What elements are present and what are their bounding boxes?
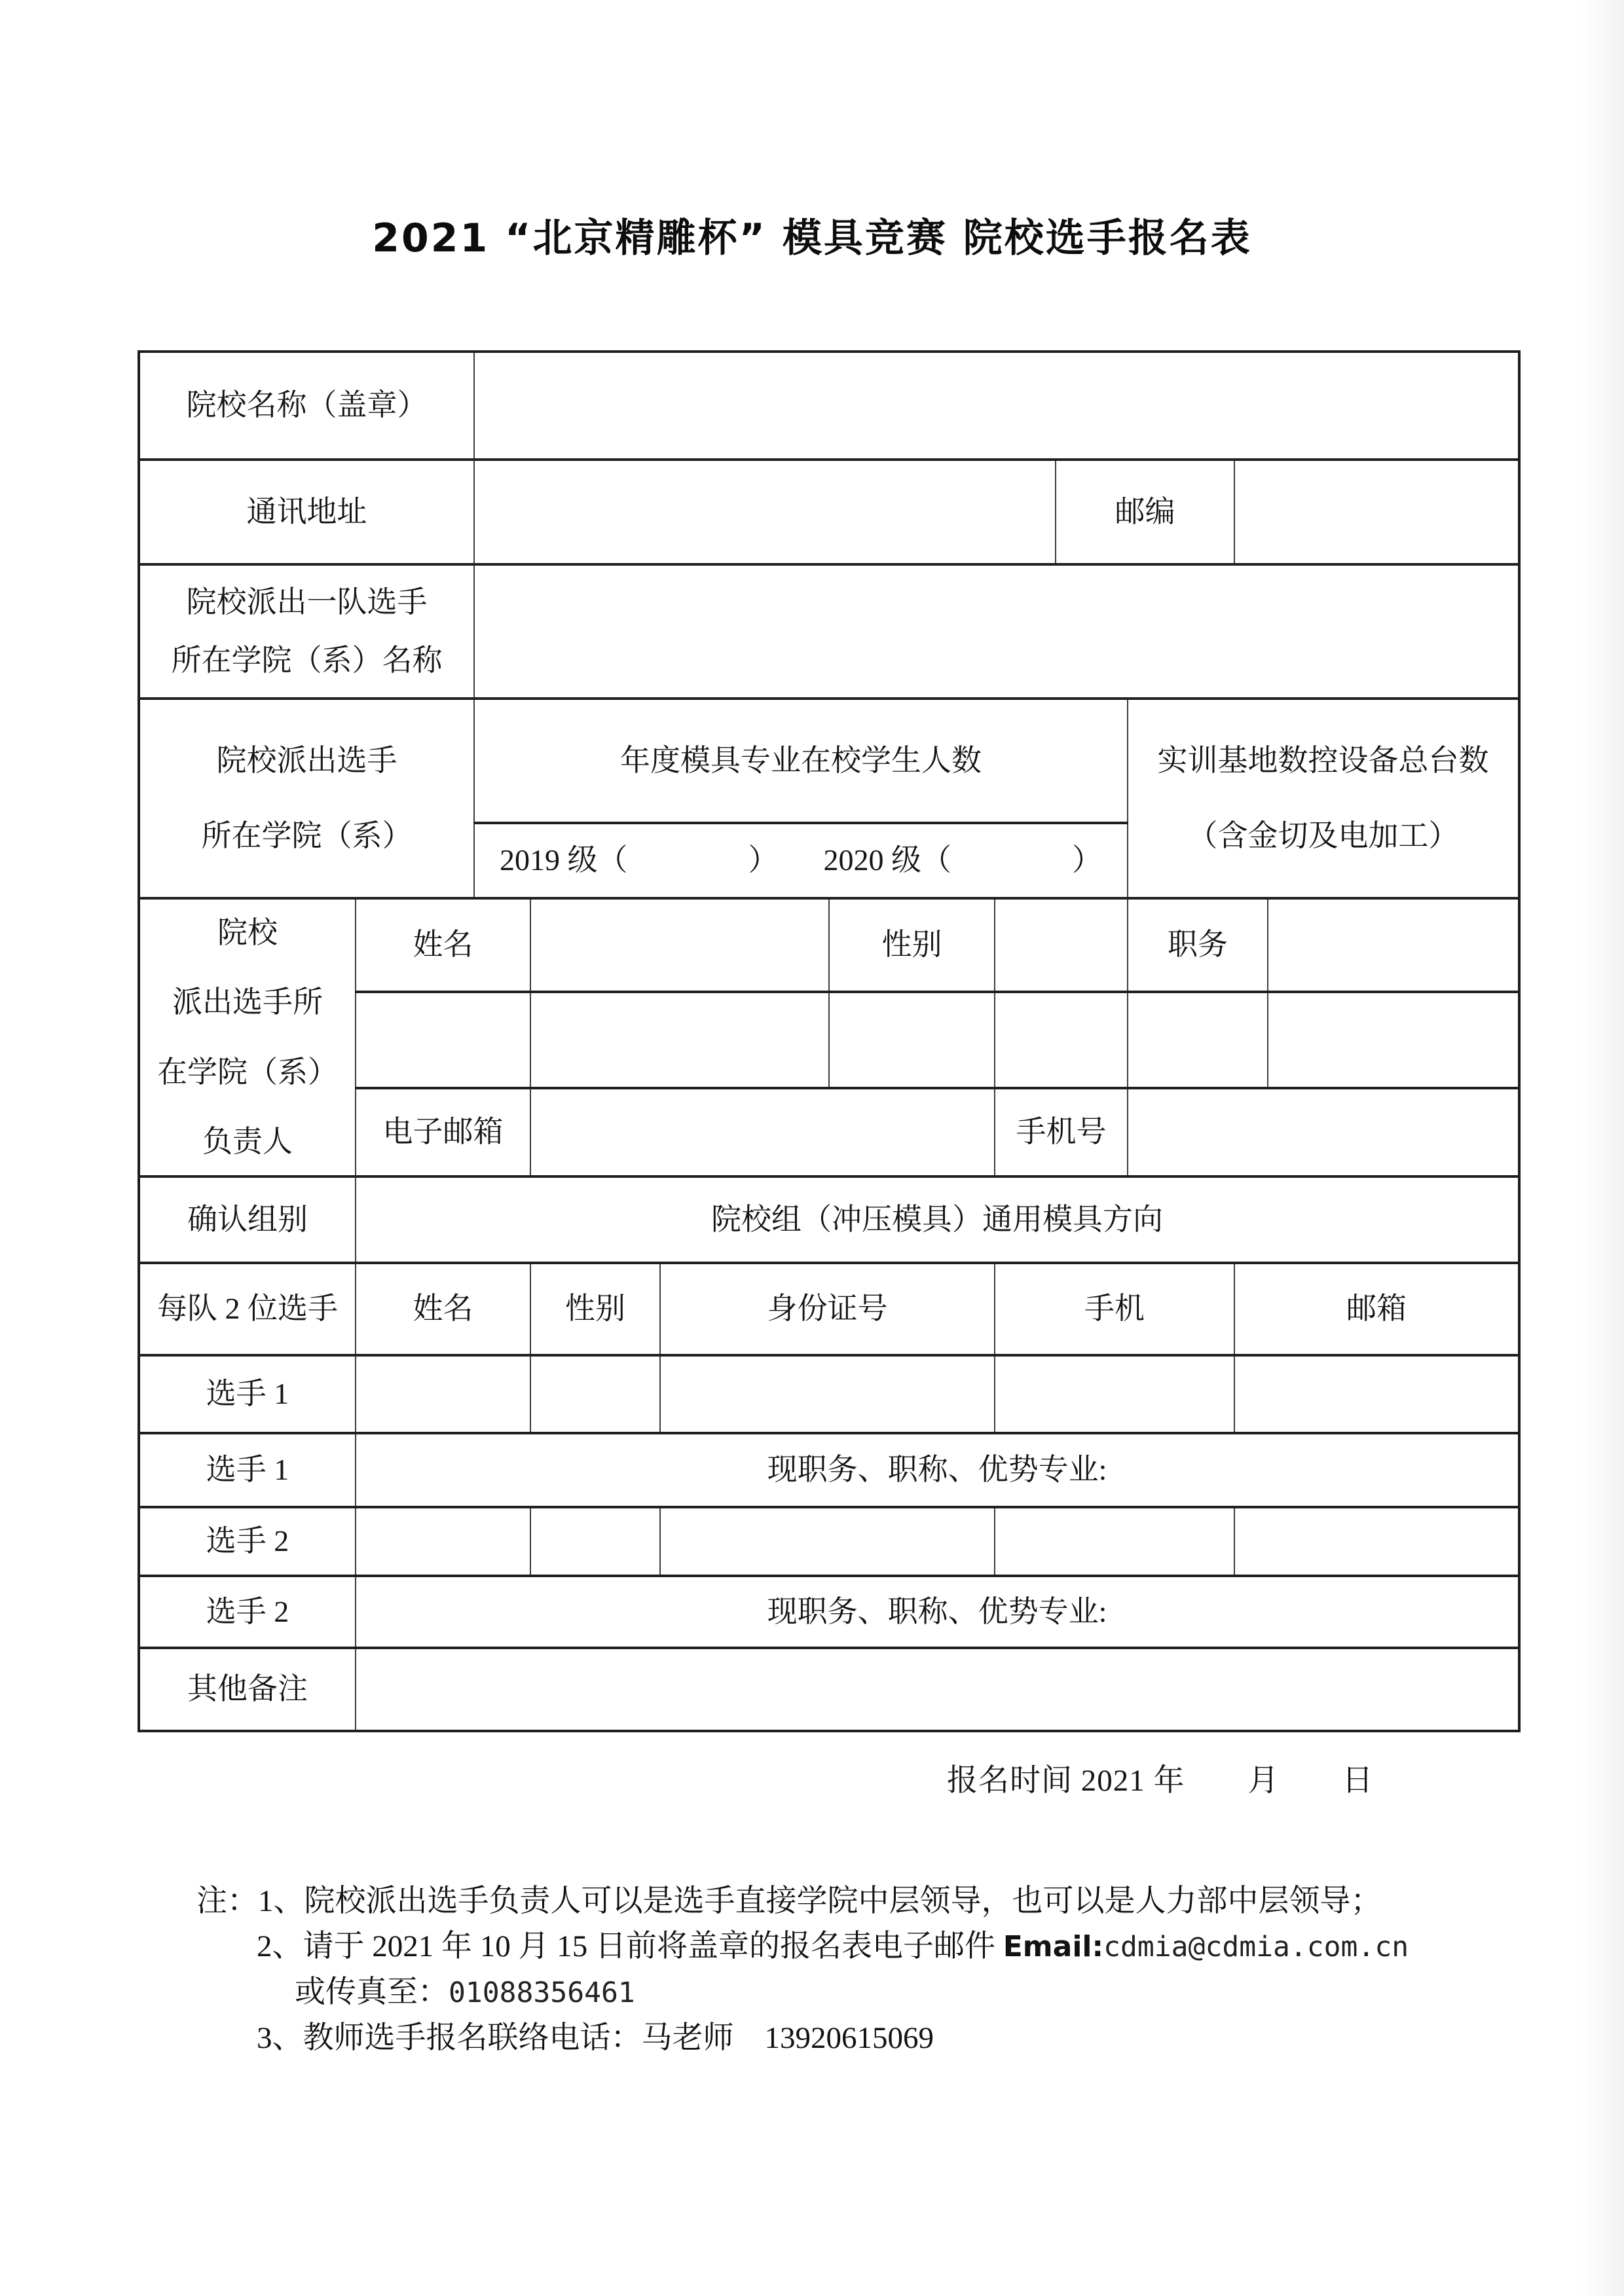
head-spare-gender-value-cell — [995, 992, 1128, 1088]
fax-prefix: 或传真至： — [295, 1975, 449, 2009]
department-label-lines: 院校派出选手 所在学院（系） — [140, 740, 473, 856]
group-value: 院校组（冲压模具）通用模具方向 — [356, 1176, 1519, 1263]
row-remarks: 其他备注 — [139, 1648, 1519, 1731]
email-label: Email: — [1003, 1930, 1103, 1963]
player1-id-cell — [660, 1355, 995, 1433]
player2-label: 选手 2 — [139, 1507, 356, 1576]
player2-mobile-cell — [995, 1507, 1234, 1576]
equipment-label-line1: 实训基地数控设备总台数 — [1128, 740, 1518, 781]
player1-email-cell — [1234, 1355, 1519, 1433]
head-name-label: 姓名 — [356, 898, 530, 992]
page-title: 2021 “北京精雕杯” 模具竞赛 院校选手报名表 — [0, 207, 1624, 263]
row-team-department: 院校派出一队选手 所在学院（系）名称 — [139, 564, 1519, 699]
player1-profile-cell: 现职务、职称、优势专业: — [356, 1433, 1519, 1507]
school-name-label: 院校名称（盖章） — [139, 352, 474, 460]
player1-mobile-cell — [995, 1355, 1234, 1433]
column-header-name: 姓名 — [356, 1263, 530, 1355]
students-grades-cell: 2019 级（ ） 2020 级（ ） — [474, 823, 1128, 898]
head-of-department-label: 院校 派出选手所 在学院（系） 负责人 — [139, 898, 356, 1176]
player2-profile-label: 选手 2 — [139, 1576, 356, 1648]
row-school-name: 院校名称（盖章） — [139, 352, 1519, 460]
head-mobile-label: 手机号 — [995, 1088, 1128, 1176]
equipment-label-lines: 实训基地数控设备总台数 （含金切及电加工） — [1128, 740, 1518, 856]
postcode-value-cell — [1234, 460, 1519, 564]
footnote-2-text: 2、请于 2021 年 10 月 15 日前将盖章的报名表电子邮件 — [257, 1929, 1003, 1963]
head-label-line3: 在学院（系） — [140, 1052, 355, 1093]
footnote-2: 2、请于 2021 年 10 月 15 日前将盖章的报名表电子邮件 Email:… — [196, 1924, 1493, 1970]
registration-date-line: 报名时间 2021 年 月 日 — [947, 1756, 1374, 1800]
column-header-gender: 性别 — [530, 1263, 660, 1355]
head-label-line2: 派出选手所 — [140, 982, 355, 1023]
player1-label: 选手 1 — [139, 1355, 356, 1433]
player2-email-cell — [1234, 1507, 1519, 1576]
group-label: 确认组别 — [139, 1176, 356, 1263]
remarks-label: 其他备注 — [139, 1648, 356, 1731]
postcode-label: 邮编 — [1056, 460, 1234, 564]
head-label-line4: 负责人 — [140, 1121, 355, 1162]
row-department-students: 院校派出选手 所在学院（系） 年度模具专业在校学生人数 实训基地数控设备总台数 … — [139, 699, 1519, 823]
team-department-label-line2: 所在学院（系）名称 — [140, 640, 473, 681]
team-department-label-line1: 院校派出一队选手 — [140, 582, 473, 623]
address-label: 通讯地址 — [139, 460, 474, 564]
email-address: cdmia@cdmia.com.cn — [1103, 1931, 1409, 1963]
scan-edge-shading — [1578, 0, 1624, 2296]
player1-gender-cell — [530, 1355, 660, 1433]
registration-form-table: 院校名称（盖章） 通讯地址 邮编 院校派出一队选手 所在学院（系）名称 院校派出… — [138, 350, 1521, 1732]
students-count-title: 年度模具专业在校学生人数 — [474, 699, 1128, 823]
row-address: 通讯地址 邮编 — [139, 460, 1519, 564]
head-title-label: 职务 — [1128, 898, 1268, 992]
head-email-value-cell — [530, 1088, 995, 1176]
head-title-value-cell — [1268, 898, 1519, 992]
player2-gender-cell — [530, 1507, 660, 1576]
equipment-count-label: 实训基地数控设备总台数 （含金切及电加工） — [1128, 699, 1519, 898]
player1-name-cell — [356, 1355, 530, 1433]
player1-profile-label: 选手 1 — [139, 1433, 356, 1507]
footnotes: 注：1、院校派出选手负责人可以是选手直接学院中层领导，也可以是人力部中层领导； … — [196, 1879, 1493, 2061]
team-size-label: 每队 2 位选手 — [139, 1263, 356, 1355]
department-label-line1: 院校派出选手 — [140, 740, 473, 781]
footnote-3: 3、教师选手报名联络电话：马老师 13920615069 — [196, 2016, 1493, 2061]
head-name-value-cell — [530, 898, 829, 992]
school-name-value-cell — [474, 352, 1519, 460]
row-player2-profile: 选手 2 现职务、职称、优势专业: — [139, 1576, 1519, 1648]
head-mobile-value-cell — [1128, 1088, 1519, 1176]
column-header-id-number: 身份证号 — [660, 1263, 995, 1355]
head-email-label: 电子邮箱 — [356, 1088, 530, 1176]
remarks-value-cell — [356, 1648, 1519, 1731]
row-group: 确认组别 院校组（冲压模具）通用模具方向 — [139, 1176, 1519, 1263]
row-head-name: 院校 派出选手所 在学院（系） 负责人 姓名 性别 职务 — [139, 898, 1519, 992]
department-label: 院校派出选手 所在学院（系） — [139, 699, 474, 898]
head-spare-name-value-cell — [530, 992, 829, 1088]
head-spare-title-value-cell — [1268, 992, 1519, 1088]
team-department-label-lines: 院校派出一队选手 所在学院（系）名称 — [140, 582, 473, 680]
head-label-line1: 院校 — [140, 913, 355, 953]
head-gender-label: 性别 — [829, 898, 995, 992]
head-gender-value-cell — [995, 898, 1128, 992]
row-player1-profile: 选手 1 现职务、职称、优势专业: — [139, 1433, 1519, 1507]
head-spare-title-label-cell — [1128, 992, 1268, 1088]
player2-id-cell — [660, 1507, 995, 1576]
address-value-cell — [474, 460, 1056, 564]
player2-profile-cell: 现职务、职称、优势专业: — [356, 1576, 1519, 1648]
row-player1-data: 选手 1 — [139, 1355, 1519, 1433]
footnote-1: 注：1、院校派出选手负责人可以是选手直接学院中层领导，也可以是人力部中层领导； — [196, 1879, 1493, 1924]
team-department-value-cell — [474, 564, 1519, 699]
head-spare-gender-label-cell — [829, 992, 995, 1088]
column-header-email: 邮箱 — [1234, 1263, 1519, 1355]
column-header-mobile: 手机 — [995, 1263, 1234, 1355]
fax-number: 01088356461 — [449, 1977, 635, 2009]
head-spare-name-label-cell — [356, 992, 530, 1088]
footnote-2b: 或传真至：01088356461 — [196, 1970, 1493, 2016]
row-player2-data: 选手 2 — [139, 1507, 1519, 1576]
head-label-lines: 院校 派出选手所 在学院（系） 负责人 — [140, 913, 355, 1161]
department-label-line2: 所在学院（系） — [140, 816, 473, 856]
team-department-label: 院校派出一队选手 所在学院（系）名称 — [139, 564, 474, 699]
row-players-header: 每队 2 位选手 姓名 性别 身份证号 手机 邮箱 — [139, 1263, 1519, 1355]
player2-name-cell — [356, 1507, 530, 1576]
equipment-label-line2: （含金切及电加工） — [1128, 816, 1518, 856]
